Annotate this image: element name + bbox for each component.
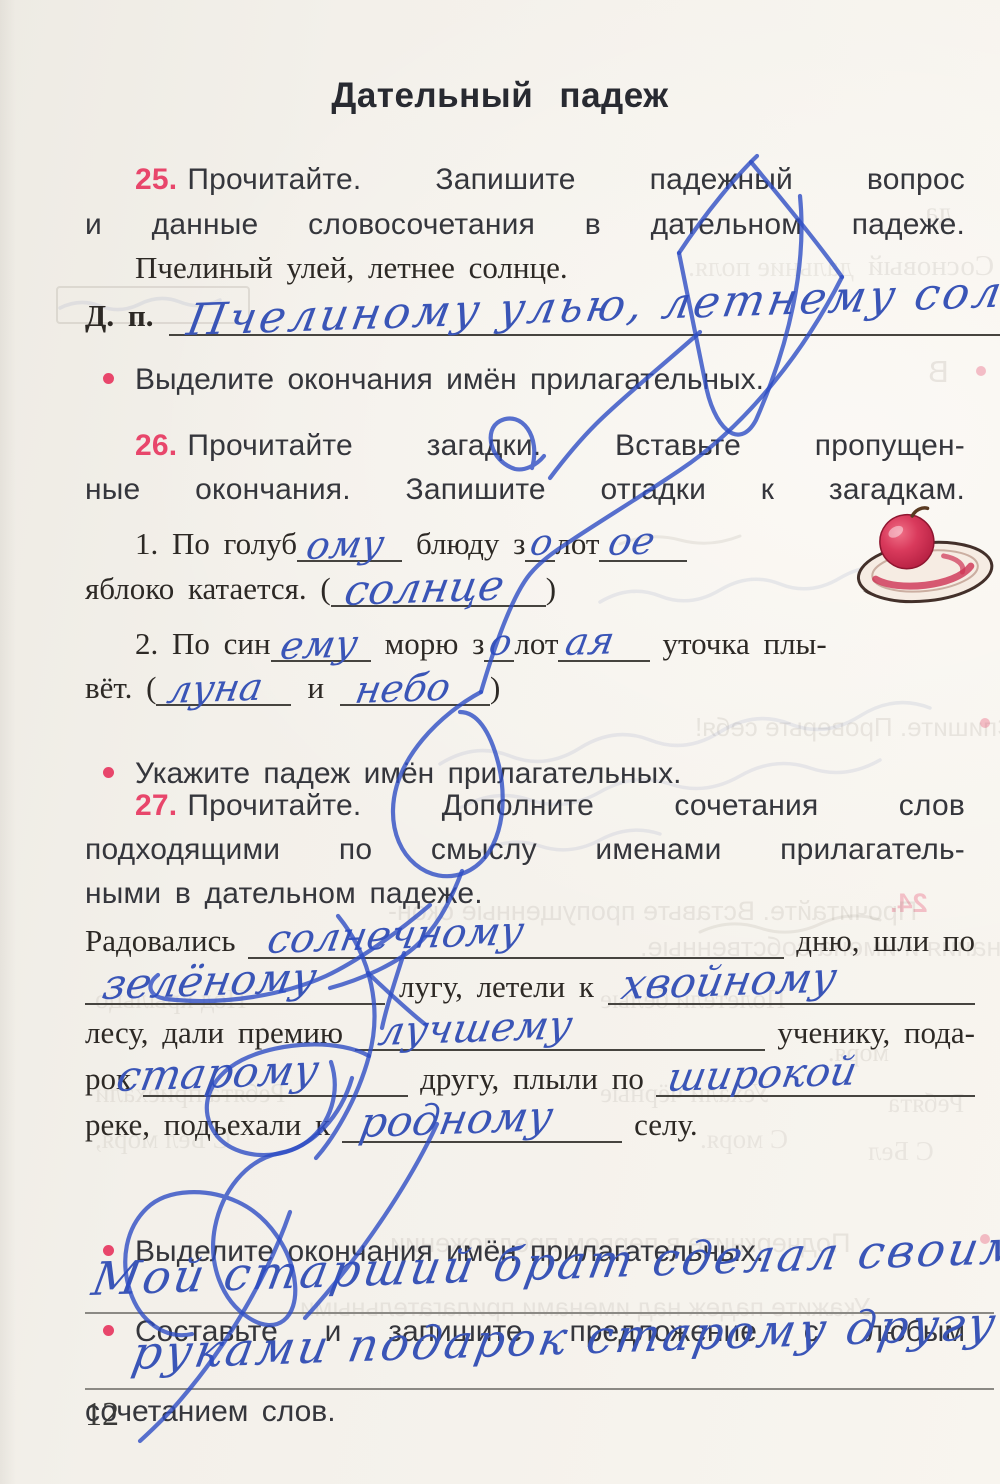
ex27-instruction-line2: подходящими по смыслу именами прилагател… <box>85 830 965 870</box>
ex25-answer-blank: Пчелиному улью, летнему солнцу <box>169 292 1000 336</box>
fill-text: рок <box>85 1061 131 1097</box>
fill-text: другу, плыли по <box>420 1061 644 1097</box>
fill-hw-word: широкой <box>664 1048 861 1101</box>
ex27-fill-line4: рок старому другу, плыли по широкой <box>85 1052 975 1097</box>
riddle1-letter-blank: о <box>525 522 555 562</box>
ex25-answer-line: Д. п. Пчелиному улью, летнему солнцу <box>85 292 1000 336</box>
riddle1-hw-letter: о <box>527 522 556 564</box>
ex25-instruction-text: Прочитайте. Запишите падежный вопрос <box>187 163 965 196</box>
ex27-task2-line2: сочетанием слов. <box>85 1392 965 1432</box>
bleed-bullet-dot <box>980 1234 990 1244</box>
bullet-dot-icon <box>103 767 114 778</box>
riddle2-line1: 2. По син ему морю з о лот ая уточка плы… <box>135 618 827 662</box>
ex27-fill-line5: реке, подъехали к родному селу. <box>85 1098 975 1143</box>
ex27-fill-line1: Радовались солнечному дню, шли по <box>85 914 975 959</box>
ex26-instruction-line2: ные окончания. Запишите отгадки к загадк… <box>85 470 965 510</box>
riddle1-ending2-blank: ое <box>599 522 687 562</box>
fill-hw-word: старому <box>113 1045 323 1101</box>
ex26-number: 26. <box>135 429 177 462</box>
fill-blank: зелёному <box>85 965 385 1005</box>
fill-blank: хвойному <box>608 965 975 1005</box>
fill-text: лугу, летели к <box>399 969 594 1005</box>
riddle1-text: 1. По голуб <box>135 526 297 562</box>
fill-text: ученику, пода- <box>777 1015 975 1051</box>
riddle1-text: блюду з <box>416 526 525 562</box>
fill-blank: солнечному <box>248 919 785 959</box>
bleed-bullet-dot <box>980 718 990 728</box>
fill-blank: широкой <box>656 1057 975 1097</box>
riddle2-text: лот <box>514 626 558 662</box>
riddle2-hw-answer2: небо <box>352 665 454 712</box>
ex25-instruction-line1: 25.Прочитайте. Запишите падежный вопрос <box>135 160 965 200</box>
riddle2-hw-answer1: луна <box>164 665 266 712</box>
ex25-task-text: Выделите окончания имён прилагательных. <box>135 363 764 396</box>
bleed-through-text: Сосновый <box>868 250 994 283</box>
riddle1-hw-ending: ому <box>303 521 388 568</box>
bullet-dot-icon <box>103 1245 114 1256</box>
ex25-case-label: Д. п. <box>85 296 153 336</box>
riddle2-text: ) <box>490 670 500 706</box>
riddle2-hw-ending: ему <box>277 621 361 668</box>
riddle2-letter-blank: о <box>484 622 514 662</box>
workbook-page-scan: да Сосновый дальние поля. В Спишите. Про… <box>0 0 1000 1484</box>
riddle2-answer2-blank: небо <box>340 666 490 706</box>
ex27-number: 27. <box>135 789 177 822</box>
fill-hw-word: хвойному <box>618 953 841 1009</box>
riddle1-line1: 1. По голуб ому блюду з о лот ое <box>135 518 687 562</box>
ex27-task1: Выделите окончания имён прилагательных. <box>135 1232 965 1272</box>
riddle2-text: и <box>307 670 324 706</box>
ex27-task2-text: Составьте и запишите предложение с любым <box>135 1315 965 1348</box>
writing-rule <box>85 1388 994 1390</box>
fill-text: селу. <box>634 1107 698 1143</box>
ex26-instruction-line1: 26.Прочитайте загадки. Вставьте пропущен… <box>135 426 965 466</box>
fill-text: лесу, дали премию <box>85 1015 343 1051</box>
ex27-fill-line3: лесу, дали премию лучшему ученику, пода- <box>85 1006 975 1051</box>
page-title: Дательный падеж <box>0 76 1000 116</box>
riddle2-hw-ending2: ая <box>562 618 618 664</box>
ex25-word-list: Пчелиный улей, летнее солнце. <box>135 250 568 286</box>
riddle2-ending2-blank: ая <box>558 622 650 662</box>
bullet-dot-icon <box>103 1325 114 1336</box>
ex27-task1-text: Выделите окончания имён прилагательных. <box>135 1235 764 1268</box>
riddle1-text: ) <box>546 571 556 607</box>
page-number: 12 <box>85 1396 119 1434</box>
riddle2-text: вёт. ( <box>85 670 156 706</box>
ex25-number: 25. <box>135 163 177 196</box>
fill-text: реке, подъехали к <box>85 1107 330 1143</box>
bleed-bullet-dot <box>976 366 986 376</box>
ex27-fill-line2: зелёному лугу, летели к хвойному <box>85 960 975 1005</box>
riddle1-hw-ending2: ое <box>605 518 658 564</box>
riddle2-answer1-blank: луна <box>156 666 291 706</box>
bleed-through-text: дальние поля. <box>688 252 854 284</box>
riddle2-text: уточка плы- <box>662 626 826 662</box>
fill-hw-word: лучшему <box>375 1002 576 1055</box>
riddle2-ending-blank: ему <box>271 622 371 662</box>
riddle2-text: 2. По син <box>135 626 271 662</box>
ex27-task2-line1: Составьте и запишите предложение с любым <box>135 1312 965 1352</box>
fill-hw-word: зелёному <box>99 953 321 1009</box>
riddle1-text: яблоко катается. ( <box>85 571 331 607</box>
riddle2-line2: вёт. ( луна и небо ) <box>85 662 500 706</box>
bleed-through-text: Спишите. Проверьте себя! <box>695 712 1000 743</box>
bullet-dot-icon <box>103 373 114 384</box>
riddle1-ending-blank: ому <box>297 522 402 562</box>
fill-blank: лучшему <box>355 1011 765 1051</box>
ex27-instruction-text: Прочитайте. Дополните сочетания слов <box>187 789 965 822</box>
fill-blank: старому <box>143 1057 408 1097</box>
fill-blank: родному <box>342 1103 622 1143</box>
riddle2-hw-letter: о <box>486 622 515 664</box>
fill-text: Радовались <box>85 923 236 959</box>
ex27-instruction-line1: 27.Прочитайте. Дополните сочетания слов <box>135 786 965 826</box>
writing-rule <box>85 1312 994 1314</box>
ex25-task: Выделите окончания имён прилагательных. <box>135 360 965 400</box>
ex26-instruction-text: Прочитайте загадки. Вставьте пропущен- <box>187 429 965 462</box>
fill-hw-word: солнечному <box>264 908 528 963</box>
ex25-instruction-line2: и данные словосочетания в дательном паде… <box>85 205 965 245</box>
riddle2-text: морю з <box>385 626 485 662</box>
apple-on-plate-illustration <box>842 494 1000 627</box>
riddle1-text: лот <box>555 526 599 562</box>
riddle1-line2: яблоко катается. ( солнце ) <box>85 563 556 607</box>
fill-text: дню, шли по <box>796 923 975 959</box>
riddle1-answer-blank: солнце <box>331 567 546 607</box>
ex27-instruction-line3: ными в дательном падеже. <box>85 874 965 914</box>
fill-hw-word: родному <box>356 1091 557 1147</box>
riddle1-hw-answer: солнце <box>341 561 508 615</box>
